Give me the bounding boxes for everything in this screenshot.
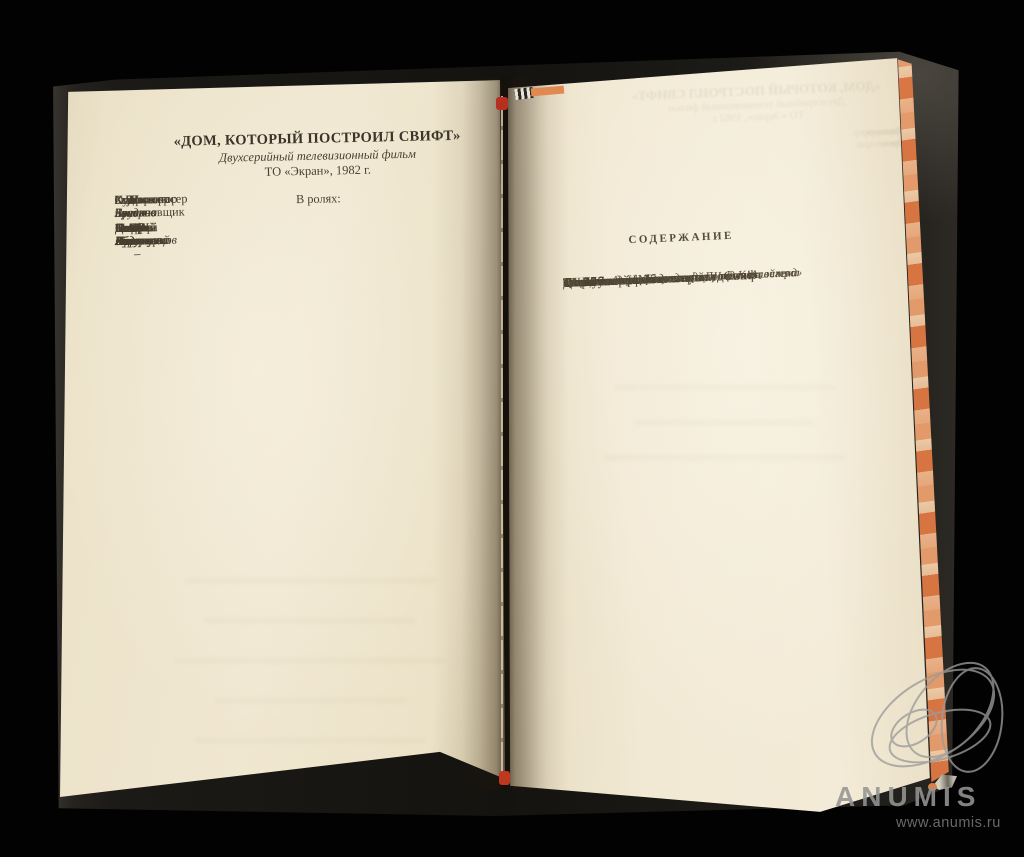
show-through-smudge	[615, 385, 835, 390]
show-through-smudge	[205, 618, 415, 623]
show-through-smudge	[185, 578, 435, 583]
show-through-smudge	[635, 420, 815, 425]
left-page-text-block: «ДОМ, КОТОРЫЙ ПОСТРОИЛ СВИФТ» Двухсерийн…	[113, 126, 523, 222]
right-page-text-block: СОДЕРЖАНИЕ Тиль. Шутовская комедия в дву…	[561, 226, 830, 275]
watermark-url-text: www.anumis.ru	[896, 815, 1001, 831]
left-page: «ДОМ, КОТОРЫЙ ПОСТРОИЛ СВИФТ» Двухсерийн…	[55, 78, 510, 805]
cast-name: В. Проскурин	[115, 221, 172, 248]
binding-thread	[501, 96, 503, 778]
contents-heading: СОДЕРЖАНИЕ	[561, 227, 801, 249]
gutter-shade-right	[505, 55, 569, 825]
credit-name: В. Русаков	[114, 193, 156, 220]
book-photo-scene: «ДОМ, КОТОРЫЙ ПОСТРОИЛ СВИФТ» Двухсерийн…	[0, 0, 1024, 857]
headband-red-bottom	[499, 771, 510, 785]
show-through-smudge	[175, 658, 445, 663]
headband-red-top	[496, 97, 508, 110]
show-through-smudge	[605, 455, 845, 460]
show-through-text: «ДОМ, КОТОРЫЙ ПОСТРОИЛ СВИФТ» Двухсерийн…	[596, 76, 918, 137]
contents-list: Тиль. Шутовская комедия в двух частях7по…	[563, 264, 831, 275]
right-page: «ДОМ, КОТОРЫЙ ПОСТРОИЛ СВИФТ» Двухсерийн…	[505, 55, 935, 825]
show-through-smudge	[195, 738, 425, 743]
show-through-smudge	[215, 698, 405, 703]
contents-page-number: 429	[583, 273, 606, 290]
contents-title-text: Фильмография	[563, 271, 657, 291]
fore-edge-dot-bottom	[928, 783, 937, 791]
